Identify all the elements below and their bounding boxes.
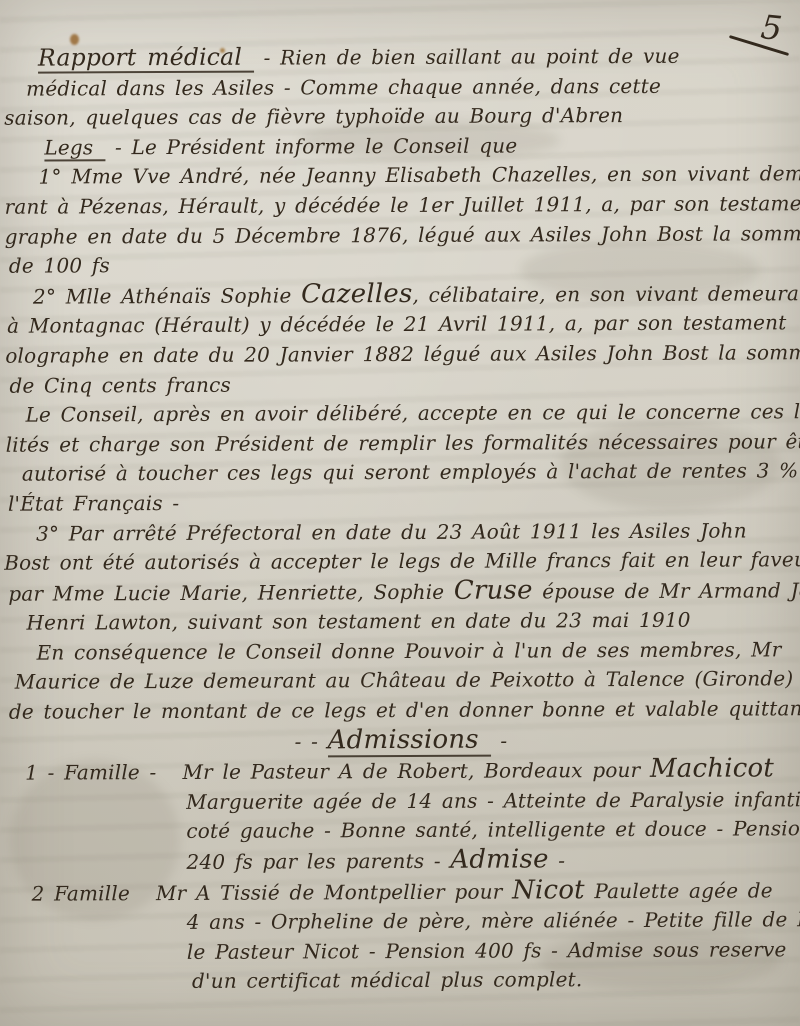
text-segment: d'un certificat médical plus complet. (192, 968, 582, 994)
manuscript-line: Rapport médical - Rien de bien saillant … (0, 40, 798, 74)
text-segment: Maurice de Luze demeurant au Château de … (15, 667, 794, 694)
text-segment: coté gauche - Bonne santé, intelligente … (186, 817, 800, 844)
flourish-name-cruse: Cruse (454, 575, 533, 605)
text-segment: Mr le Pasteur A de Robert, Bordeaux pour (182, 758, 650, 784)
manuscript-page: 5 Rapport médical - Rien de bien saillan… (0, 0, 800, 1026)
text-segment: lités et charge son Président de remplir… (6, 429, 800, 457)
text-segment: 3° Par arrêté Préfectoral en date du 23 … (36, 518, 747, 545)
manuscript-line: l'État Français - (0, 486, 800, 519)
text-segment: saison, quelques cas de fièvre typhoïde … (4, 103, 623, 130)
manuscript-line: Legs - Le Président informe le Conseil q… (0, 130, 798, 163)
text-segment: autorisé à toucher ces legs qui seront e… (22, 458, 800, 486)
manuscript-line: En conséquence le Conseil donne Pouvoir … (1, 635, 800, 668)
text-segment: de 100 fs (9, 253, 110, 277)
text-segment: 240 fs par les parents - (186, 849, 450, 874)
text-segment: 2° Mlle Athénaïs Sophie (33, 283, 301, 308)
text-segment: Henri Lawton, suivant son testament en d… (26, 608, 690, 635)
text-segment: - (491, 728, 508, 752)
text-segment: - Rien de bien saillant au point de vue (254, 44, 680, 70)
manuscript-line: 1 - Famille -Mr le Pasteur A de Robert, … (1, 755, 800, 789)
manuscript-line: 1° Mme Vve André, née Jeanny Elisabeth C… (0, 160, 799, 193)
manuscript-line: lités et charge son Président de remplir… (0, 427, 800, 460)
text-segment: 4 ans - Orpheline de père, mère aliénée … (187, 907, 800, 934)
section-heading-admissions: Admissions (328, 724, 491, 757)
manuscript-line: Bost ont été autorisés à accepter le leg… (0, 545, 800, 578)
text-segment: l'État Français - (8, 491, 180, 516)
text-segment: , célibataire, en son vivant demeurant (412, 281, 800, 307)
text-segment: à Montagnac (Hérault) y décédée le 21 Av… (7, 311, 786, 338)
manuscript-line: 3° Par arrêté Préfectoral en date du 23 … (0, 516, 800, 549)
manuscript-line: olographe en date du 20 Janvier 1882 lég… (0, 338, 799, 371)
text-segment: En conséquence le Conseil donne Pouvoir … (37, 637, 782, 664)
text-segment: Le Conseil, après en avoir délibéré, acc… (25, 399, 800, 427)
manuscript-line: de Cinq cents francs (0, 368, 799, 401)
manuscript-line: le Pasteur Nicot - Pension 400 fs - Admi… (2, 935, 800, 968)
text-segment: graphe en date du 5 Décembre 1876, légué… (5, 221, 800, 249)
text-segment: épouse de Mr Armand Jean (533, 578, 800, 603)
family-entry-label: 1 - Famille - (25, 760, 156, 785)
manuscript-line: par Mme Lucie Marie, Henriette, Sophie C… (0, 575, 800, 609)
manuscript-line: médical dans les Asiles - Comme chaque a… (0, 71, 798, 104)
text-segment: Bost ont été autorisés à accepter le leg… (4, 547, 800, 575)
text-segment: par Mme Lucie Marie, Henriette, Sophie (8, 579, 454, 605)
text-segment: Marguerite agée de 14 ans - Atteinte de … (186, 787, 800, 814)
text-segment: de toucher le montant de ce legs et d'en… (9, 696, 800, 724)
manuscript-line: à Montagnac (Hérault) y décédée le 21 Av… (0, 309, 799, 342)
manuscript-line: 4 ans - Orpheline de père, mère aliénée … (2, 905, 800, 938)
manuscript-line: coté gauche - Bonne santé, intelligente … (1, 815, 800, 848)
text-segment: 1° Mme Vve André, née Jeanny Elisabeth C… (38, 161, 800, 188)
manuscript-line: Le Conseil, après en avoir délibéré, acc… (0, 397, 800, 430)
manuscript-line: 240 fs par les parents - Admise - (1, 844, 800, 878)
text-segment: de Cinq cents francs (9, 372, 231, 397)
manuscript-line: Maurice de Luze demeurant au Château de … (1, 665, 800, 698)
text-segment: médical dans les Asiles - Comme chaque a… (26, 73, 661, 100)
manuscript-line: autorisé à toucher ces legs qui seront e… (0, 457, 800, 490)
manuscript-line: Marguerite agée de 14 ans - Atteinte de … (1, 785, 800, 818)
flourish-name-machicot: Machicot (650, 754, 774, 785)
manuscript-text: Rapport médical - Rien de bien saillant … (0, 40, 800, 997)
manuscript-line: Henri Lawton, suivant son testament en d… (0, 606, 800, 639)
manuscript-line: - - Admissions - (1, 724, 800, 758)
text-segment: rant à Pézenas, Hérault, y décédée le 1e… (5, 191, 800, 219)
flourish-name-nicot: Nicot (512, 875, 585, 905)
text-segment: Paulette agée de (585, 878, 773, 903)
family-entry-label: 2 Famille (32, 881, 130, 905)
section-heading-rapport-medical: Rapport médical (38, 43, 254, 74)
text-segment: olographe en date du 20 Janvier 1882 lég… (5, 340, 800, 368)
text-segment: - - (295, 729, 328, 753)
manuscript-line: 2° Mlle Athénaïs Sophie Cazelles, céliba… (0, 278, 799, 312)
text-segment: Mr A Tissié de Montpellier pour (156, 879, 512, 905)
manuscript-line: rant à Pézenas, Hérault, y décédée le 1e… (0, 189, 799, 222)
text-segment: - Le Président informe le Conseil que (105, 133, 517, 159)
section-heading-legs: Legs (44, 135, 105, 161)
flourish-word-admise: Admise (450, 844, 548, 874)
manuscript-line: de toucher le montant de ce legs et d'en… (1, 694, 800, 727)
text-segment: le Pasteur Nicot - Pension 400 fs - Admi… (187, 937, 787, 964)
manuscript-line: 2 FamilleMr A Tissié de Montpellier pour… (2, 875, 800, 909)
manuscript-line: d'un certificat médical plus complet. (2, 965, 800, 998)
manuscript-line: de 100 fs (0, 248, 799, 281)
flourish-name-cazelles: Cazelles (301, 279, 413, 309)
manuscript-line: saison, quelques cas de fièvre typhoïde … (0, 100, 798, 133)
text-segment: - (549, 848, 566, 872)
manuscript-line: graphe en date du 5 Décembre 1876, légué… (0, 219, 799, 252)
